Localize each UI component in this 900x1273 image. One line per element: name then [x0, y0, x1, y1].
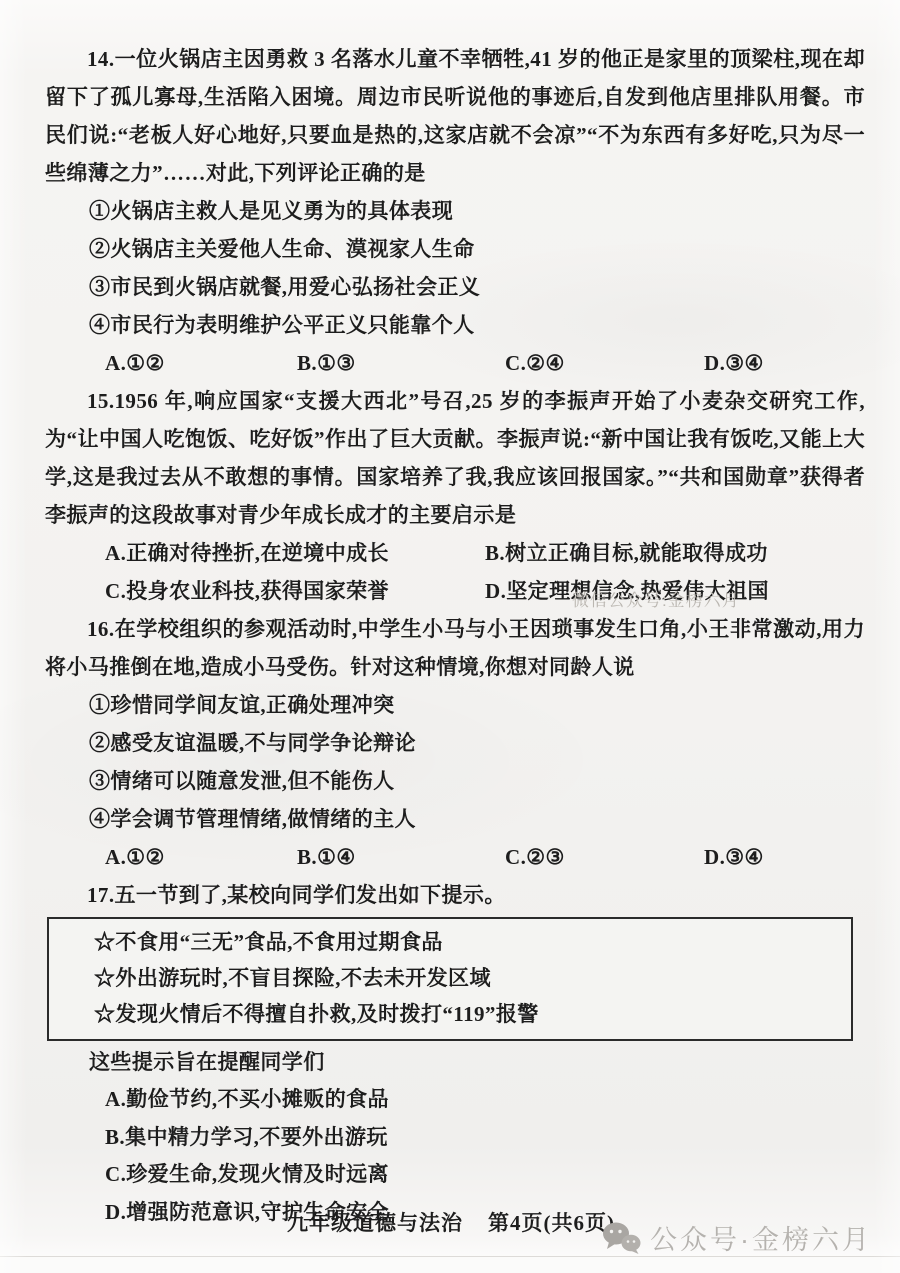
- question-17: 17.五一节到了,某校向同学们发出如下提示。 ☆不食用“三无”食品,不食用过期食…: [45, 876, 865, 1231]
- question-16-stem: 16.在学校组织的参观活动时,中学生小马与小王因琐事发生口角,小王非常激动,用力…: [45, 610, 865, 686]
- question-15-stem: 15.1956 年,响应国家“支援大西北”号召,25 岁的李振声开始了小麦杂交研…: [45, 382, 865, 534]
- choice-c: C.②④: [505, 344, 704, 382]
- exam-paper-page: 14.一位火锅店主因勇救 3 名落水儿童不幸牺牲,41 岁的他正是家里的顶梁柱,…: [0, 0, 900, 1273]
- choice-b: B.集中精力学习,不要外出游玩: [105, 1119, 865, 1157]
- question-16: 16.在学校组织的参观活动时,中学生小马与小王因琐事发生口角,小王非常激动,用力…: [45, 610, 865, 876]
- question-14: 14.一位火锅店主因勇救 3 名落水儿童不幸牺牲,41 岁的他正是家里的顶梁柱,…: [45, 40, 865, 382]
- footer-watermark: 公众号·金榜六月: [602, 1218, 872, 1257]
- choice-a: A.①②: [105, 838, 297, 876]
- exam-content: 14.一位火锅店主因勇救 3 名落水儿童不幸牺牲,41 岁的他正是家里的顶梁柱,…: [45, 40, 865, 1231]
- choice-d: D.③④: [704, 838, 865, 876]
- tip-item-3: ☆发现火情后不得擅自扑救,及时拨打“119”报警: [94, 996, 841, 1032]
- question-14-item-1: ①火锅店主救人是见义勇为的具体表现: [89, 192, 865, 230]
- choice-a: A.勤俭节约,不买小摊贩的食品: [105, 1081, 865, 1119]
- choice-b: B.①③: [297, 344, 505, 382]
- footer-course-title: 九年级道德与法治: [287, 1208, 463, 1238]
- question-16-item-4: ④学会调节管理情绪,做情绪的主人: [89, 800, 865, 838]
- choice-a: A.①②: [105, 344, 297, 382]
- page-bottom-edge: [0, 1256, 900, 1273]
- question-14-item-2: ②火锅店主关爱他人生命、漠视家人生命: [89, 230, 865, 268]
- watermark-text-mid: 微信公众号:金榜六月: [572, 586, 740, 611]
- question-17-stem: 17.五一节到了,某校向同学们发出如下提示。: [45, 876, 865, 914]
- question-14-stem: 14.一位火锅店主因勇救 3 名落水儿童不幸牺牲,41 岁的他正是家里的顶梁柱,…: [45, 40, 865, 192]
- question-14-item-3: ③市民到火锅店就餐,用爱心弘扬社会正义: [89, 268, 865, 306]
- wechat-icon: [602, 1221, 642, 1255]
- question-16-item-1: ①珍惜同学间友谊,正确处理冲突: [89, 686, 865, 724]
- question-16-item-2: ②感受友谊温暖,不与同学争论辩论: [89, 724, 865, 762]
- footer-page-number: 第4页(共6页): [488, 1208, 615, 1238]
- choice-c: C.珍爱生命,发现火情及时远离: [105, 1156, 865, 1194]
- choice-b: B.①④: [297, 838, 505, 876]
- question-15: 15.1956 年,响应国家“支援大西北”号召,25 岁的李振声开始了小麦杂交研…: [45, 382, 865, 610]
- question-17-tip-box: ☆不食用“三无”食品,不食用过期食品 ☆外出游玩时,不盲目探险,不去未开发区域 …: [47, 917, 853, 1041]
- question-16-choices: A.①② B.①④ C.②③ D.③④: [45, 838, 865, 876]
- question-14-item-4: ④市民行为表明维护公平正义只能靠个人: [89, 306, 865, 344]
- choice-a: A.正确对待挫折,在逆境中成长: [105, 534, 485, 572]
- choice-b: B.树立正确目标,就能取得成功: [485, 534, 865, 572]
- choice-d: D.③④: [704, 344, 865, 382]
- question-14-choices: A.①② B.①③ C.②④ D.③④: [45, 344, 865, 382]
- tip-item-1: ☆不食用“三无”食品,不食用过期食品: [94, 924, 841, 960]
- question-16-item-3: ③情绪可以随意发泄,但不能伤人: [89, 762, 865, 800]
- tip-item-2: ☆外出游玩时,不盲目探险,不去未开发区域: [94, 960, 841, 996]
- footer-watermark-text: 公众号·金榜六月: [650, 1218, 872, 1257]
- choice-c: C.②③: [505, 838, 704, 876]
- question-15-choices-row-2: C.投身农业科技,获得国家荣誉 D.坚定理想信念,热爱伟大祖国: [45, 572, 865, 610]
- question-17-lead: 这些提示旨在提醒同学们: [89, 1043, 865, 1081]
- choice-c: C.投身农业科技,获得国家荣誉: [105, 572, 485, 610]
- question-15-choices-row-1: A.正确对待挫折,在逆境中成长 B.树立正确目标,就能取得成功: [45, 534, 865, 572]
